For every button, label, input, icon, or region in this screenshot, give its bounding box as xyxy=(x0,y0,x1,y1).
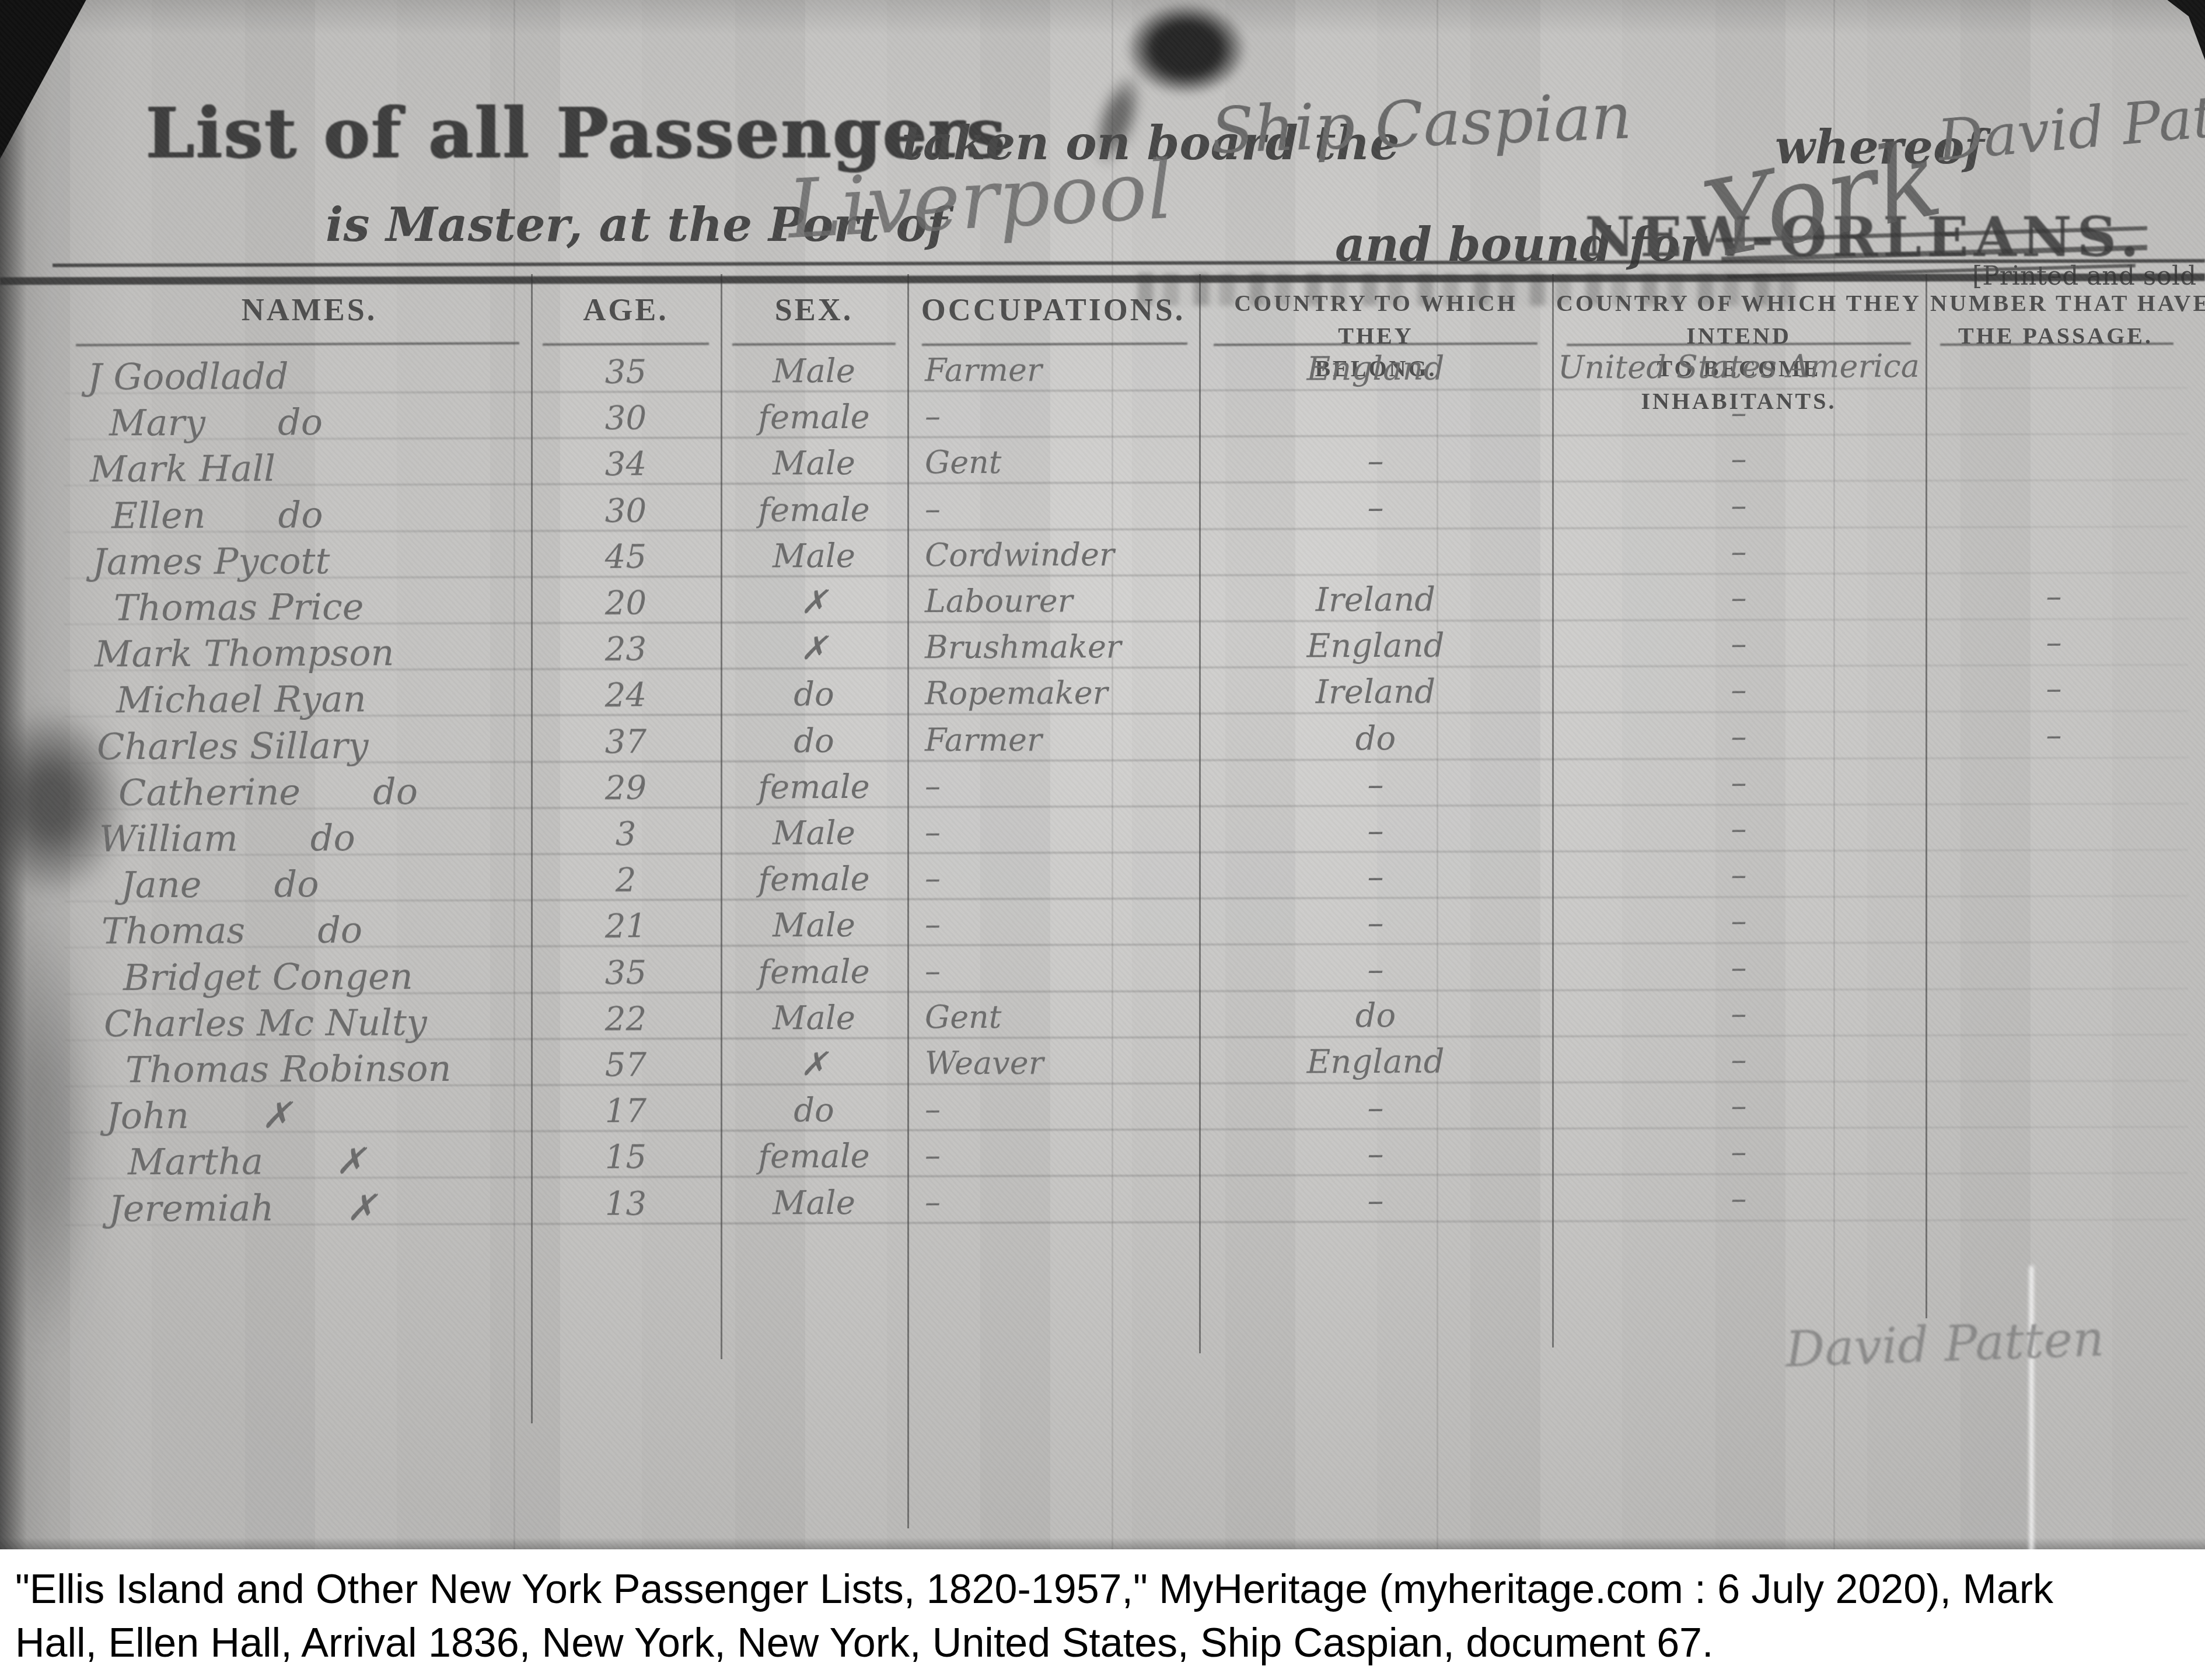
cell-age: 57 xyxy=(534,1046,718,1084)
column-header-age: AGE. xyxy=(534,292,718,328)
table-top-rule-thick xyxy=(0,274,2205,285)
cell-occupation: – xyxy=(925,1182,1205,1220)
cell-country xyxy=(1202,395,1549,397)
cell-sex: female xyxy=(724,398,904,437)
ruled-line xyxy=(64,387,2188,394)
cell-number: – xyxy=(1928,716,2179,754)
cell-occupation: Weaver xyxy=(925,1044,1205,1081)
cell-number xyxy=(1928,439,2179,440)
strikethrough-line xyxy=(1727,264,2136,279)
cell-age: 23 xyxy=(534,630,718,668)
ruled-line xyxy=(64,1219,2188,1226)
ruled-line xyxy=(64,480,2188,487)
margin-smudge xyxy=(0,910,99,1353)
ruled-line xyxy=(64,849,2188,856)
cell-sex: do xyxy=(724,675,904,714)
ruled-line xyxy=(64,988,2188,995)
cell-intend: – xyxy=(1555,764,1923,802)
cell-country: – xyxy=(1202,811,1549,851)
ruled-line xyxy=(64,1172,2188,1180)
cell-name: Mark Hall xyxy=(88,446,533,491)
cell-intend: – xyxy=(1555,1087,1923,1125)
cell-age: 29 xyxy=(534,769,718,807)
cell-number xyxy=(1928,947,2179,949)
cell-name: Mary do xyxy=(88,400,553,444)
cell-country xyxy=(1202,534,1549,535)
column-divider xyxy=(1552,274,1554,1347)
port-handwritten: Liverpool xyxy=(785,143,1175,257)
cell-name: Jane do xyxy=(88,862,564,907)
passenger-row: Thomas Robinson57✗WeaverEngland– xyxy=(0,1039,2205,1094)
cell-intend: – xyxy=(1555,1179,1923,1217)
cell-country: – xyxy=(1202,442,1549,481)
ruled-line xyxy=(64,618,2188,625)
passenger-row: James Pycott45MaleCordwinder– xyxy=(0,531,2205,586)
cell-sex: female xyxy=(724,768,904,806)
cell-occupation: Brushmaker xyxy=(925,628,1205,666)
column-divider xyxy=(1926,274,1927,1318)
passenger-list-scan-page: List of all Passengers taken on board th… xyxy=(0,0,2205,1680)
ruled-line xyxy=(64,1126,2188,1133)
master-signature-handwritten: David Patten xyxy=(1784,1310,2105,1378)
header-underline xyxy=(1940,342,2173,346)
ink-blot xyxy=(1125,2,1247,96)
cell-occupation: – xyxy=(925,951,1205,989)
cell-occupation: Cordwinder xyxy=(925,535,1205,573)
cell-number: – xyxy=(1928,624,2179,661)
cell-intend: – xyxy=(1555,625,1923,663)
taken-on-board-text: taken on board the xyxy=(901,116,1400,170)
cell-number xyxy=(1928,485,2179,487)
ruled-line xyxy=(64,803,2188,810)
cell-sex: female xyxy=(724,860,904,899)
cell-age: 30 xyxy=(534,399,718,437)
cell-sex: do xyxy=(724,722,904,760)
cell-intend: – xyxy=(1555,671,1923,709)
ink-blot-tail xyxy=(1082,66,1152,173)
column-divider xyxy=(1199,274,1201,1353)
passenger-row: J Goodladd35MaleFarmerEnglandUnited Stat… xyxy=(0,346,2205,401)
scan-streak xyxy=(1833,0,1835,1549)
cell-country: England xyxy=(1202,349,1549,389)
header-underline xyxy=(1214,342,1537,346)
cell-name: Ellen do xyxy=(88,492,555,537)
cell-number xyxy=(1928,393,2179,394)
passenger-row: Jeremiah ✗13Male––– xyxy=(0,1178,2205,1233)
whereof-text: whereof xyxy=(1775,120,1984,174)
column-header-sex: SEX. xyxy=(724,292,904,328)
film-corner-top-left xyxy=(0,0,105,163)
ruled-line xyxy=(64,1080,2188,1087)
cell-intend: – xyxy=(1555,856,1923,894)
cell-sex: Male xyxy=(724,444,904,483)
cell-occupation: – xyxy=(925,905,1205,943)
destination-printed: NEW-ORLEANS. xyxy=(1585,205,2144,269)
ruled-line xyxy=(64,572,2188,579)
cell-intend: – xyxy=(1555,810,1923,848)
cell-name: Bridget Congen xyxy=(88,954,567,999)
cell-occupation: Gent xyxy=(925,998,1205,1035)
cell-number xyxy=(1928,901,2179,902)
cell-sex: Male xyxy=(724,999,904,1037)
cell-intend: – xyxy=(1555,440,1923,478)
passenger-row: Charles Mc Nulty22MaleGentdo– xyxy=(0,993,2205,1048)
cell-age: 35 xyxy=(534,353,718,391)
cell-name: Charles Sillary xyxy=(88,723,540,768)
cell-age: 22 xyxy=(534,1000,718,1038)
destination-overwrite-handwritten: York xyxy=(1694,117,1951,282)
passenger-row: Michael Ryan24doRopemakerIreland–– xyxy=(0,670,2205,724)
cell-occupation: – xyxy=(925,859,1205,897)
cell-country: – xyxy=(1202,765,1549,804)
cell-name: Thomas do xyxy=(88,908,545,953)
column-header-country: COUNTRY TO WHICH THEY BELONG. xyxy=(1203,287,1549,385)
cell-number xyxy=(1928,1086,2179,1087)
cell-intend: – xyxy=(1555,1041,1923,1079)
cell-age: 3 xyxy=(534,815,718,853)
passenger-row: Catherine do29female––– xyxy=(0,762,2205,817)
cell-sex: do xyxy=(724,1091,904,1130)
cell-age: 35 xyxy=(534,953,718,992)
cell-country: – xyxy=(1202,857,1549,897)
strikethrough-line xyxy=(1715,226,2147,243)
cell-name: Thomas Price xyxy=(88,584,557,629)
cell-country: – xyxy=(1202,950,1549,989)
cell-number xyxy=(1928,762,2179,764)
cell-intend: – xyxy=(1555,902,1923,940)
passenger-row: Mark Thompson23✗BrushmakerEngland–– xyxy=(0,624,2205,678)
citation-line-2: Hall, Ellen Hall, Arrival 1836, New York… xyxy=(15,1616,2197,1669)
cell-country: do xyxy=(1202,996,1549,1035)
passenger-row: Charles Sillary37doFarmerdo–– xyxy=(0,716,2205,771)
cell-age: 13 xyxy=(534,1184,718,1223)
ruled-line xyxy=(64,942,2188,949)
cell-sex: Male xyxy=(724,352,904,390)
ruled-line xyxy=(64,433,2188,440)
cell-intend: – xyxy=(1555,579,1923,617)
film-edge-bottom xyxy=(0,1538,2205,1549)
scan-streak xyxy=(1112,0,1113,1549)
column-divider xyxy=(531,274,533,1423)
cell-name: James Pycott xyxy=(88,538,536,583)
passenger-row: Thomas Price20✗LabourerIreland–– xyxy=(0,577,2205,632)
strikethrough-line xyxy=(1721,245,2147,262)
ruled-line xyxy=(64,757,2188,764)
margin-smudge xyxy=(0,706,128,898)
cell-age: 2 xyxy=(534,861,718,900)
column-divider xyxy=(907,274,909,1528)
cell-occupation: – xyxy=(925,766,1205,804)
column-header-names: NAMES. xyxy=(88,292,531,328)
cell-age: 30 xyxy=(534,491,718,530)
ruled-line xyxy=(64,710,2188,718)
cell-number xyxy=(1928,1178,2179,1179)
cell-age: 15 xyxy=(534,1138,718,1177)
header-underline xyxy=(1567,342,1911,346)
header-underline xyxy=(543,342,709,345)
cell-number xyxy=(1928,993,2179,995)
header-underline xyxy=(732,342,896,345)
cell-sex: female xyxy=(724,491,904,529)
cell-sex: female xyxy=(724,1137,904,1176)
cell-sex: Male xyxy=(724,537,904,575)
cell-number: – xyxy=(1928,670,2179,708)
cell-occupation: – xyxy=(925,397,1205,435)
cell-intend: – xyxy=(1555,533,1923,571)
ruled-line xyxy=(64,526,2188,533)
is-master-text: is Master, at the Port of xyxy=(326,197,947,252)
ruled-line xyxy=(64,1034,2188,1041)
table-top-rule xyxy=(53,259,2205,267)
cell-country: Ireland xyxy=(1202,673,1549,712)
cell-number xyxy=(1928,531,2179,533)
film-edge-left xyxy=(0,0,27,1549)
passenger-row: John ✗17do––– xyxy=(0,1086,2205,1140)
cell-age: 45 xyxy=(534,538,718,576)
cell-sex: female xyxy=(724,953,904,991)
cell-country: – xyxy=(1202,1135,1549,1174)
cell-sex: ✗ xyxy=(724,1045,904,1083)
cell-occupation: Farmer xyxy=(925,720,1205,758)
cell-number xyxy=(1928,855,2179,856)
column-divider xyxy=(721,274,722,1359)
cell-intend: – xyxy=(1555,717,1923,755)
cell-name: J Goodladd xyxy=(88,353,531,398)
ghost-stamp xyxy=(1138,273,1803,306)
cell-country: Ireland xyxy=(1202,580,1549,620)
master-name-handwritten: David Patte xyxy=(1935,79,2205,174)
scan-streak xyxy=(1437,0,1438,1549)
passenger-row: Mary do30female–– xyxy=(0,393,2205,447)
cell-country: England xyxy=(1202,1042,1549,1082)
bound-for-text: and bound for xyxy=(1335,217,1704,272)
cell-name: Charles Mc Nulty xyxy=(88,1000,547,1045)
film-corner-top-right xyxy=(2129,0,2205,123)
cell-country: – xyxy=(1202,1181,1549,1220)
cell-occupation: – xyxy=(925,1136,1205,1174)
cell-name: Thomas Robinson xyxy=(88,1046,569,1091)
cell-age: 34 xyxy=(534,445,718,484)
passenger-row: William do3Male––– xyxy=(0,808,2205,863)
passenger-row: Ellen do30female––– xyxy=(0,485,2205,540)
cell-occupation: Labourer xyxy=(925,582,1205,619)
cell-occupation: – xyxy=(925,813,1205,850)
cell-sex: ✗ xyxy=(724,629,904,668)
cell-occupation: Farmer xyxy=(925,351,1205,388)
cell-sex: ✗ xyxy=(724,583,904,621)
passenger-row: Bridget Congen35female––– xyxy=(0,947,2205,1002)
ship-name-handwritten: Ship Caspian xyxy=(1210,80,1633,167)
cell-name: Catherine do xyxy=(88,769,562,814)
column-header-number-died: NUMBER THAT HAVE DIE THE PASSAGE. xyxy=(1930,287,2205,352)
cell-intend: – xyxy=(1555,1133,1923,1171)
cell-occupation: Gent xyxy=(925,443,1205,481)
printer-note: [Printed and sold by W.M xyxy=(1972,261,2205,291)
cell-occupation: – xyxy=(925,1090,1205,1128)
document-scan: List of all Passengers taken on board th… xyxy=(0,0,2205,1549)
header-underline xyxy=(922,342,1187,346)
form-title: List of all Passengers xyxy=(146,92,1007,173)
cell-occupation: – xyxy=(925,489,1205,527)
ruled-line xyxy=(64,664,2188,671)
cell-number xyxy=(1928,808,2179,810)
cell-number xyxy=(1928,346,2179,348)
source-citation: "Ellis Island and Other New York Passeng… xyxy=(15,1562,2197,1669)
cell-name: Mark Thompson xyxy=(88,631,538,675)
cell-intend: – xyxy=(1555,995,1923,1033)
passenger-row: Mark Hall34MaleGent–– xyxy=(0,439,2205,494)
column-header-occupations: OCCUPATIONS. xyxy=(910,292,1196,328)
cell-name: Michael Ryan xyxy=(88,677,560,722)
cell-age: 21 xyxy=(534,907,718,946)
header-underline xyxy=(76,342,519,346)
cell-name: John ✗ xyxy=(88,1093,550,1137)
cell-age: 24 xyxy=(534,676,718,715)
passenger-row: Jane do2female––– xyxy=(0,855,2205,909)
citation-line-1: "Ellis Island and Other New York Passeng… xyxy=(15,1562,2197,1616)
cell-country: – xyxy=(1202,904,1549,943)
cell-country: England xyxy=(1202,626,1549,666)
cell-number xyxy=(1928,1132,2179,1133)
passenger-row: Martha ✗15female––– xyxy=(0,1132,2205,1186)
cell-intend: – xyxy=(1555,486,1923,524)
ruled-line xyxy=(64,895,2188,902)
cell-name: Martha ✗ xyxy=(88,1139,571,1184)
cell-number: – xyxy=(1928,577,2179,615)
cell-sex: Male xyxy=(724,814,904,852)
cell-age: 17 xyxy=(534,1092,718,1130)
column-header-intend: COUNTRY OF WHICH THEY INTEND TO BECOME I… xyxy=(1556,287,1922,418)
cell-country: – xyxy=(1202,488,1549,527)
cell-name: Jeremiah ✗ xyxy=(88,1185,552,1230)
passenger-row: Thomas do21Male––– xyxy=(0,901,2205,956)
cell-occupation: Ropemaker xyxy=(925,674,1205,712)
scan-streak xyxy=(513,0,515,1549)
cell-sex: Male xyxy=(724,1184,904,1222)
cell-country: – xyxy=(1202,1088,1549,1128)
cell-name: William do xyxy=(88,815,543,860)
cell-country: do xyxy=(1202,719,1549,758)
cell-age: 20 xyxy=(534,584,718,622)
cell-intend: – xyxy=(1555,394,1923,432)
cell-intend: – xyxy=(1555,948,1923,986)
cell-number xyxy=(1928,1039,2179,1041)
cell-sex: Male xyxy=(724,907,904,945)
cell-intend: United States America xyxy=(1555,348,1923,386)
film-scratch xyxy=(2029,1266,2033,1549)
cell-age: 37 xyxy=(534,722,718,761)
